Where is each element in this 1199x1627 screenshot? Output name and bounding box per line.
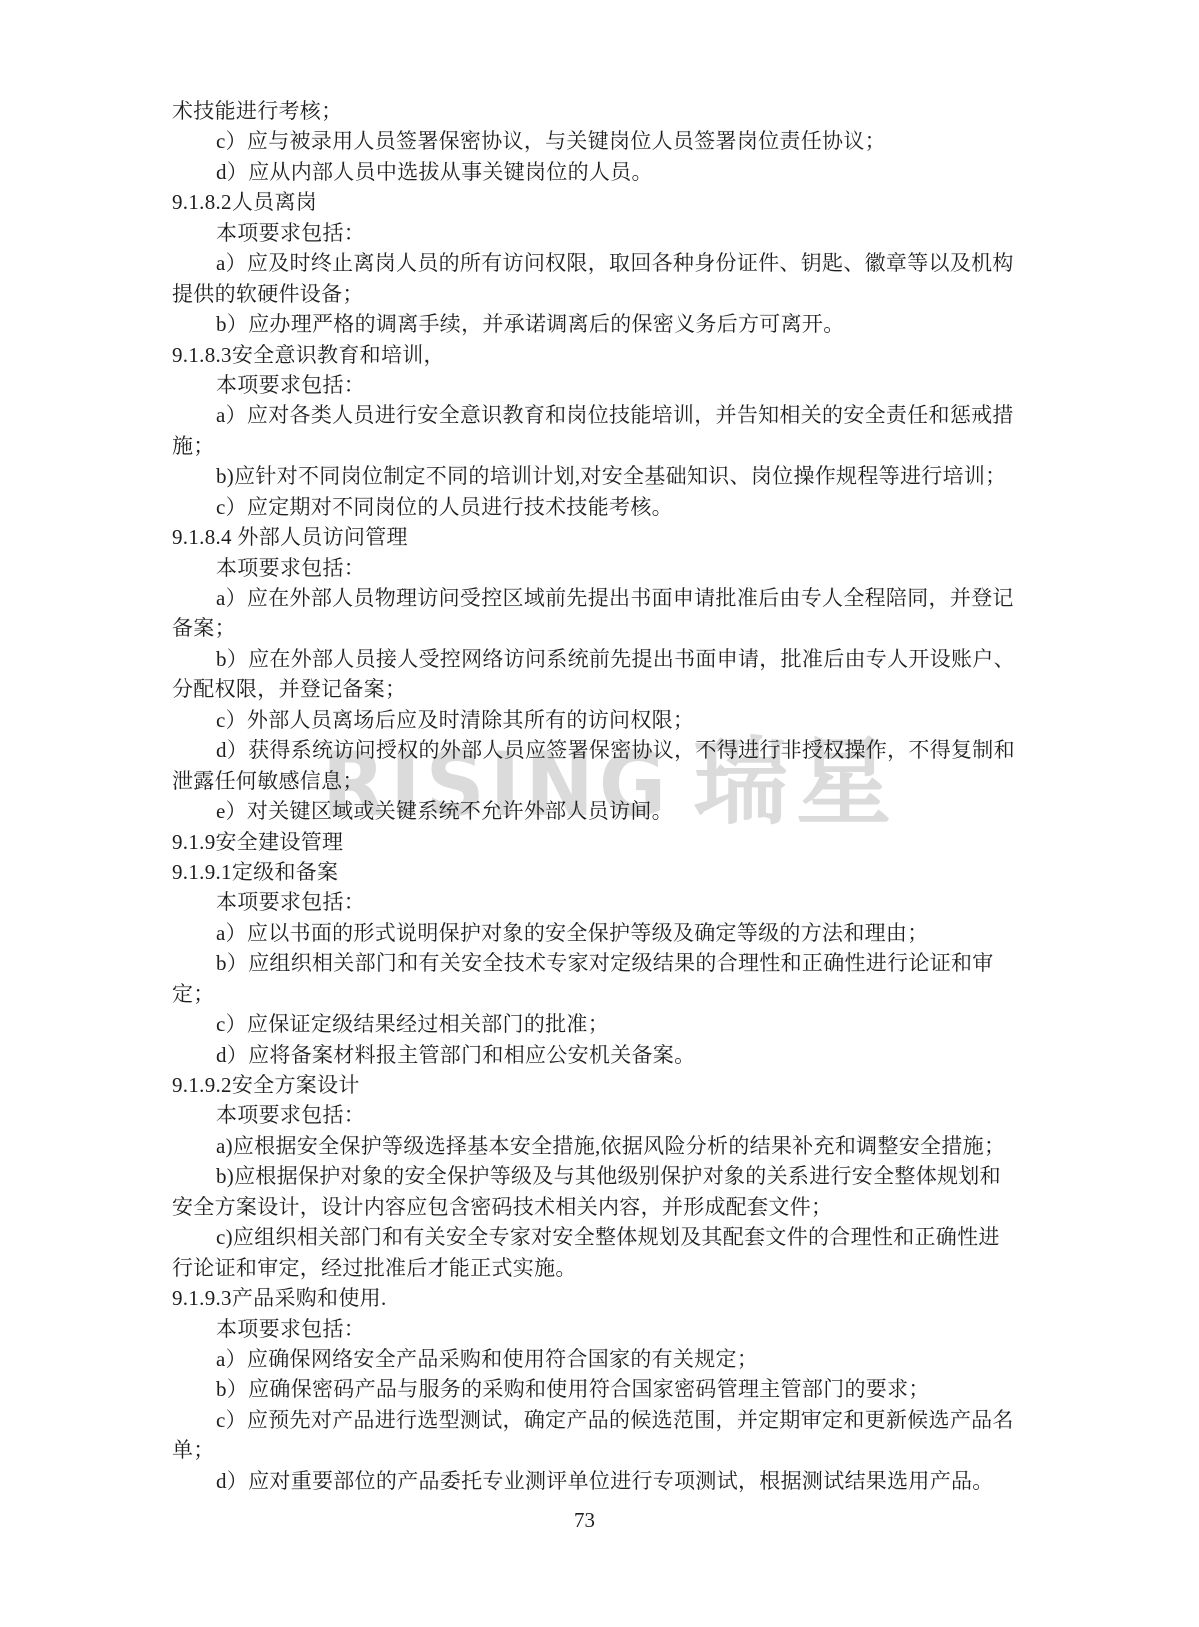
text-line: 9.1.9.1定级和备案 (172, 857, 1034, 887)
page-number: 73 (0, 1508, 1169, 1533)
text-line: 定； (172, 979, 1034, 1009)
text-line: c）应预先对产品进行选型测试，确定产品的候选范围，并定期审定和更新候选产品名 (172, 1405, 1034, 1435)
text-line: 9.1.8.4 外部人员访问管理 (172, 522, 1034, 552)
document-page: RISING 瑞星 术技能进行考核；c）应与被录用人员签署保密协议，与关键岗位人… (0, 0, 1199, 1627)
text-line: 9.1.9.2安全方案设计 (172, 1070, 1034, 1100)
text-line: a）应以书面的形式说明保护对象的安全保护等级及确定等级的方法和理由； (172, 918, 1034, 948)
text-line: 本项要求包括： (172, 1314, 1034, 1344)
text-line: b）应组织相关部门和有关安全技术专家对定级结果的合理性和正确性进行论证和审 (172, 948, 1034, 978)
text-line: 备案； (172, 613, 1034, 643)
text-line: 分配权限，并登记备案； (172, 674, 1034, 704)
text-line: c)应组织相关部门和有关安全专家对安全整体规划及其配套文件的合理性和正确性进 (172, 1222, 1034, 1252)
text-line: b)应针对不同岗位制定不同的培训计划,对安全基础知识、岗位操作规程等进行培训； (172, 461, 1034, 491)
text-line: 9.1.9.3产品采购和使用. (172, 1283, 1034, 1313)
text-line: 9.1.8.2人员离岗 (172, 187, 1034, 217)
text-line: a）应在外部人员物理访问受控区域前先提出书面申请批准后由专人全程陪同，并登记 (172, 583, 1034, 613)
text-line: 行论证和审定，经过批准后才能正式实施。 (172, 1253, 1034, 1283)
text-line: 泄露任何敏感信息； (172, 766, 1034, 796)
text-line: d）应将备案材料报主管部门和相应公安机关备案。 (172, 1040, 1034, 1070)
text-line: 9.1.9安全建设管理 (172, 827, 1034, 857)
text-line: d）应从内部人员中选拔从事关键岗位的人员。 (172, 157, 1034, 187)
text-line: e）对关键区域或关键系统不允许外部人员访间。 (172, 796, 1034, 826)
text-line: a）应及时终止离岗人员的所有访问权限，取回各种身份证件、钥匙、徽章等以及机构 (172, 248, 1034, 278)
text-line: 单； (172, 1435, 1034, 1465)
text-line: b）应办理严格的调离手续，并承诺调离后的保密义务后方可离开。 (172, 309, 1034, 339)
text-line: 9.1.8.3安全意识教育和培训， (172, 340, 1034, 370)
text-line: 安全方案设计，设计内容应包含密码技术相关内容，并形成配套文件； (172, 1192, 1034, 1222)
text-line: 提供的软硬件设备； (172, 279, 1034, 309)
text-line: 施； (172, 431, 1034, 461)
text-line: c）应定期对不同岗位的人员进行技术技能考核。 (172, 492, 1034, 522)
text-line: 本项要求包括： (172, 887, 1034, 917)
text-line: b)应根据保护对象的安全保护等级及与其他级别保护对象的关系进行安全整体规划和 (172, 1161, 1034, 1191)
text-line: c）外部人员离场后应及时清除其所有的访问权限； (172, 705, 1034, 735)
text-line: 术技能进行考核； (172, 96, 1034, 126)
text-line: a）应确保网络安全产品采购和使用符合国家的有关规定； (172, 1344, 1034, 1374)
text-line: 本项要求包括： (172, 553, 1034, 583)
text-line: c）应与被录用人员签署保密协议，与关键岗位人员签署岗位责任协议； (172, 126, 1034, 156)
text-line: b）应在外部人员接人受控网络访问系统前先提出书面申请，批准后由专人开设账户、 (172, 644, 1034, 674)
text-line: c）应保证定级结果经过相关部门的批准； (172, 1009, 1034, 1039)
text-line: a）应对各类人员进行安全意识教育和岗位技能培训，并告知相关的安全责任和惩戒措 (172, 400, 1034, 430)
text-line: b）应确保密码产品与服务的采购和使用符合国家密码管理主管部门的要求； (172, 1374, 1034, 1404)
text-line: d）获得系统访问授权的外部人员应签署保密协议，不得进行非授权操作，不得复制和 (172, 735, 1034, 765)
text-lines: 术技能进行考核；c）应与被录用人员签署保密协议，与关键岗位人员签署岗位责任协议；… (172, 96, 1034, 1496)
text-line: a)应根据安全保护等级选择基本安全措施,依据风险分析的结果补充和调整安全措施； (172, 1131, 1034, 1161)
text-line: 本项要求包括： (172, 370, 1034, 400)
text-line: d）应对重要部位的产品委托专业测评单位进行专项测试，根据测试结果选用产品。 (172, 1466, 1034, 1496)
text-line: 本项要求包括： (172, 1100, 1034, 1130)
text-line: 本项要求包括： (172, 218, 1034, 248)
